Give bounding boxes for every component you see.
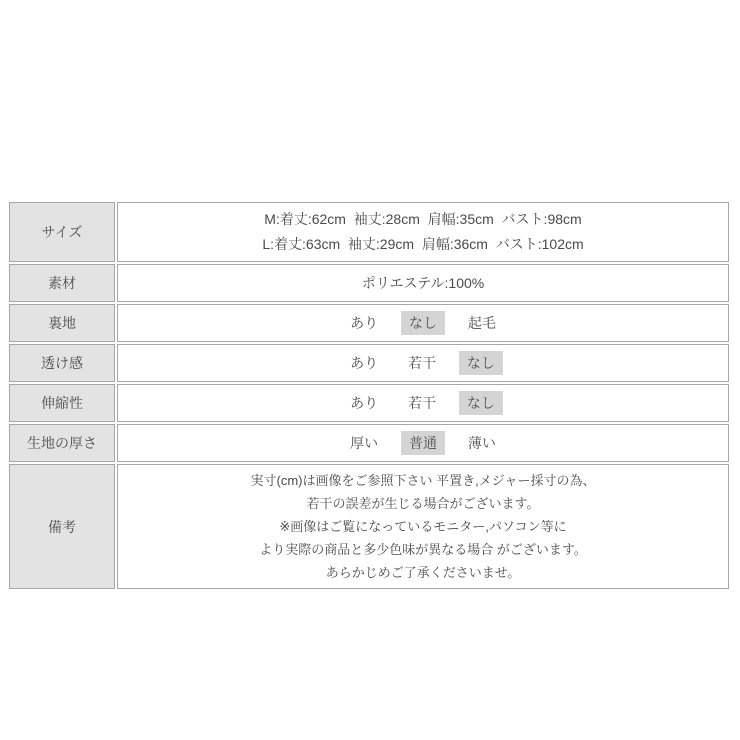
thickness-option-atsui: 厚い [350,433,378,453]
row-label-thickness: 生地の厚さ [9,424,115,462]
row-label-stretch: 伸縮性 [9,384,115,422]
sheerness-option-jakkan: 若干 [408,353,436,373]
table-row-stretch: 伸縮性 あり 若干 なし [9,384,729,422]
notes-line-2: 若干の誤差が生じる場合がございます。 [126,492,720,515]
material-value: ポリエステル:100% [117,264,729,302]
lining-option-ari: あり [350,313,378,333]
thickness-option-usui: 薄い [468,433,496,453]
table-row-lining: 裏地 あり なし 起毛 [9,304,729,342]
lining-option-kimo: 起毛 [468,313,496,333]
row-label-sheerness: 透け感 [9,344,115,382]
product-spec-table: サイズ M:着丈:62cm 袖丈:28cm 肩幅:35cm バスト:98cm L… [7,200,731,591]
notes-line-5: あらかじめご了承くださいませ。 [126,561,720,584]
sheerness-option-nashi-selected: なし [459,351,503,375]
table-row-sheerness: 透け感 あり 若干 なし [9,344,729,382]
stretch-options: あり 若干 なし [117,384,729,422]
row-label-notes: 備考 [9,464,115,589]
stretch-option-jakkan: 若干 [408,393,436,413]
stretch-option-nashi-selected: なし [459,391,503,415]
table-row-size: サイズ M:着丈:62cm 袖丈:28cm 肩幅:35cm バスト:98cm L… [9,202,729,262]
size-line-l: L:着丈:63cm 袖丈:29cm 肩幅:36cm バスト:102cm [126,232,720,257]
size-line-m: M:着丈:62cm 袖丈:28cm 肩幅:35cm バスト:98cm [126,207,720,232]
notes-line-4: より実際の商品と多少色味が異なる場合 がございます。 [126,538,720,561]
sheerness-option-ari: あり [350,353,378,373]
stretch-option-ari: あり [350,393,378,413]
notes-line-1: 実寸(cm)は画像をご参照下さい 平置き,メジャー採寸の為、 [126,469,720,492]
table-row-thickness: 生地の厚さ 厚い 普通 薄い [9,424,729,462]
row-label-material: 素材 [9,264,115,302]
size-values: M:着丈:62cm 袖丈:28cm 肩幅:35cm バスト:98cm L:着丈:… [117,202,729,262]
thickness-option-futsuu-selected: 普通 [401,431,445,455]
lining-options: あり なし 起毛 [117,304,729,342]
lining-option-nashi-selected: なし [401,311,445,335]
row-label-size: サイズ [9,202,115,262]
sheerness-options: あり 若干 なし [117,344,729,382]
notes-line-3: ※画像はご覧になっているモニター,パソコン等に [126,515,720,538]
thickness-options: 厚い 普通 薄い [117,424,729,462]
notes-text: 実寸(cm)は画像をご参照下さい 平置き,メジャー採寸の為、 若干の誤差が生じる… [117,464,729,589]
table-row-notes: 備考 実寸(cm)は画像をご参照下さい 平置き,メジャー採寸の為、 若干の誤差が… [9,464,729,589]
row-label-lining: 裏地 [9,304,115,342]
table-row-material: 素材 ポリエステル:100% [9,264,729,302]
